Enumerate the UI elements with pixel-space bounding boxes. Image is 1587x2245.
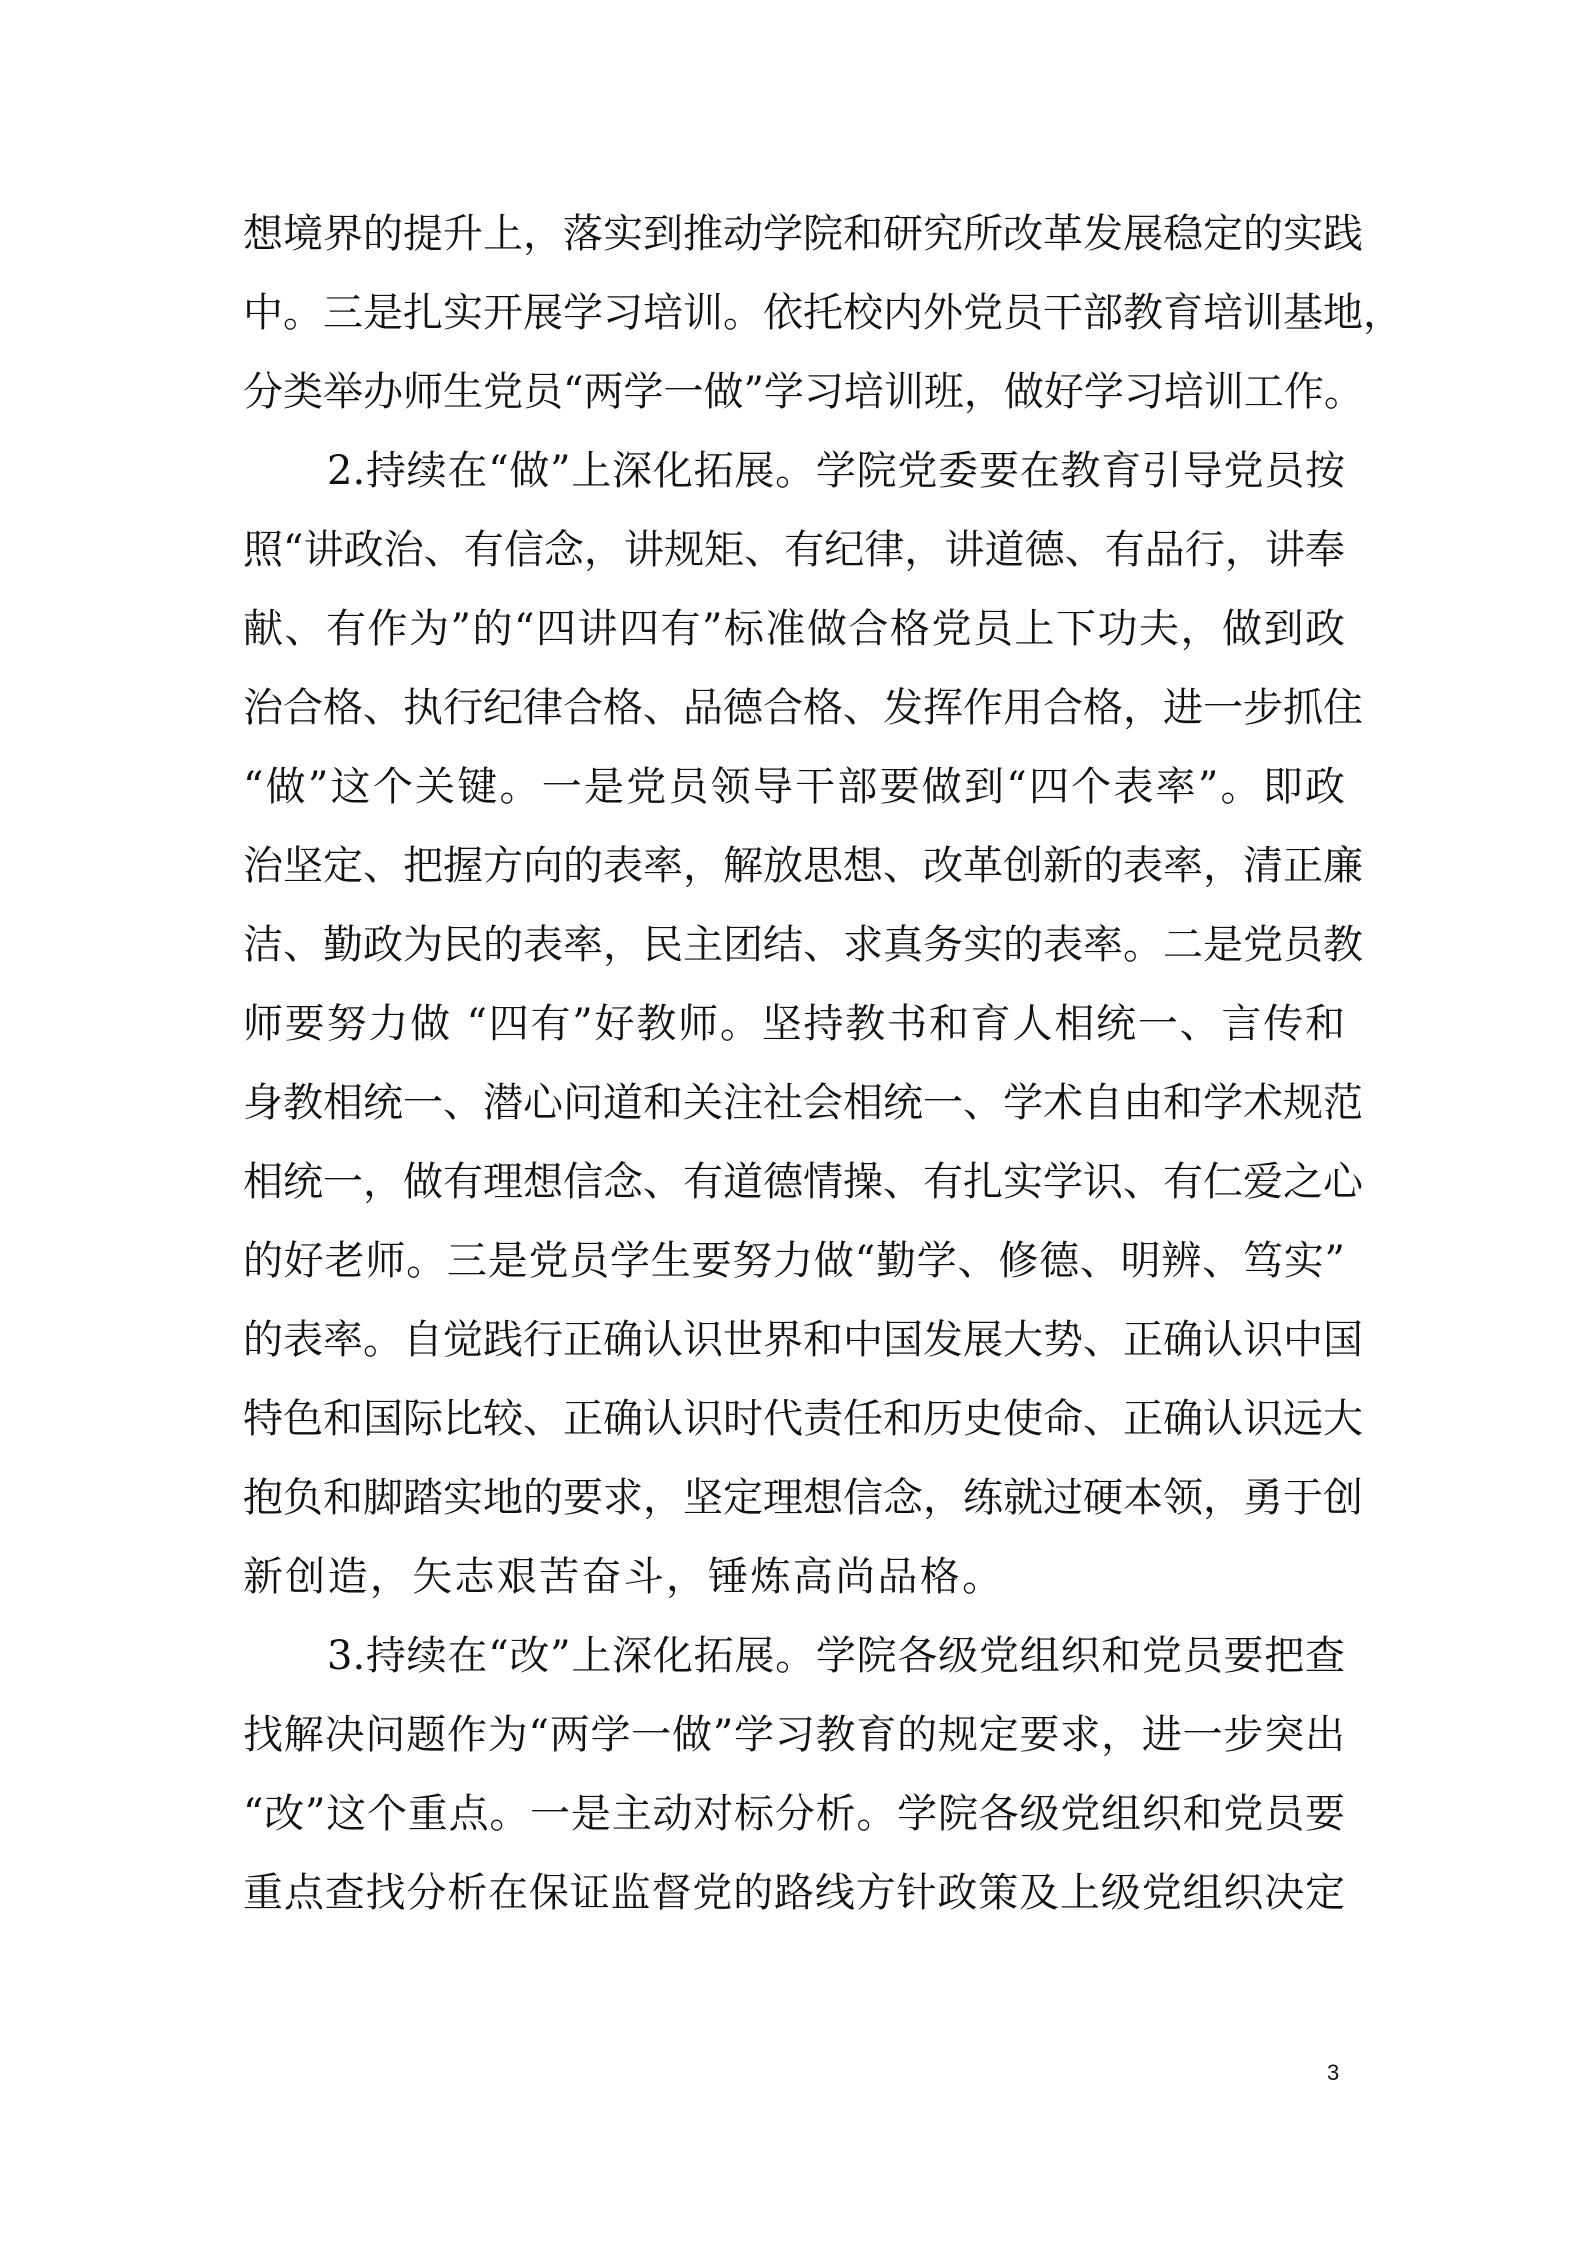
document-page: 想境界的提升上，落实到推动学院和研究所改革发展稳定的实践 中。三是扎实开展学习培… <box>0 0 1587 2245</box>
page-number: 3 <box>1327 2060 1339 2086</box>
text-line: “做”这个关键。一是党员领导干部要做到“四个表率”。即政 <box>243 763 1345 842</box>
paragraph-continuation: 想境界的提升上，落实到推动学院和研究所改革发展稳定的实践 中。三是扎实开展学习培… <box>243 210 1345 447</box>
text-line: 抱负和脚踏实地的要求，坚定理想信念，练就过硬本领，勇于创 <box>243 1474 1345 1553</box>
text-line: 洁、勤政为民的表率，民主团结、求真务实的表率。二是党员教 <box>243 921 1345 1000</box>
paragraph-item-3: 3.持续在“改”上深化拓展。学院各级党组织和党员要把查 找解决问题作为“两学一做… <box>243 1632 1345 1948</box>
text-line: 重点查找分析在保证监督党的路线方针政策及上级党组织决定 <box>243 1869 1345 1948</box>
text-line: 献、有作为”的“四讲四有”标准做合格党员上下功夫，做到政 <box>243 605 1345 684</box>
text-line: 的表率。自觉践行正确认识世界和中国发展大势、正确认识中国 <box>243 1316 1345 1395</box>
text-line: 相统一，做有理想信念、有道德情操、有扎实学识、有仁爱之心 <box>243 1158 1345 1237</box>
text-line: 身教相统一、潜心问道和关注社会相统一、学术自由和学术规范 <box>243 1079 1345 1158</box>
text-line: 特色和国际比较、正确认识时代责任和历史使命、正确认识远大 <box>243 1395 1345 1474</box>
text-line: 分类举办师生党员“两学一做”学习培训班，做好学习培训工作。 <box>243 368 1345 447</box>
text-line: 中。三是扎实开展学习培训。依托校内外党员干部教育培训基地， <box>243 289 1345 368</box>
text-line: “改”这个重点。一是主动对标分析。学院各级党组织和党员要 <box>243 1790 1345 1869</box>
paragraph-item-2: 2.持续在“做”上深化拓展。学院党委要在教育引导党员按 照“讲政治、有信念，讲规… <box>243 447 1345 1632</box>
text-line: 新创造，矢志艰苦奋斗，锤炼高尚品格。 <box>243 1553 1345 1632</box>
text-line: 师要努力做 “四有”好教师。坚持教书和育人相统一、言传和 <box>243 1000 1345 1079</box>
text-line: 的好老师。三是党员学生要努力做“勤学、修德、明辨、笃实” <box>243 1237 1345 1316</box>
text-line: 想境界的提升上，落实到推动学院和研究所改革发展稳定的实践 <box>243 210 1345 289</box>
text-line: 2.持续在“做”上深化拓展。学院党委要在教育引导党员按 <box>243 447 1345 526</box>
text-line: 治合格、执行纪律合格、品德合格、发挥作用合格，进一步抓住 <box>243 684 1345 763</box>
text-line: 治坚定、把握方向的表率，解放思想、改革创新的表率，清正廉 <box>243 842 1345 921</box>
document-body: 想境界的提升上，落实到推动学院和研究所改革发展稳定的实践 中。三是扎实开展学习培… <box>243 210 1345 1948</box>
text-line: 3.持续在“改”上深化拓展。学院各级党组织和党员要把查 <box>243 1632 1345 1711</box>
text-line: 找解决问题作为“两学一做”学习教育的规定要求，进一步突出 <box>243 1711 1345 1790</box>
text-line: 照“讲政治、有信念，讲规矩、有纪律，讲道德、有品行，讲奉 <box>243 526 1345 605</box>
